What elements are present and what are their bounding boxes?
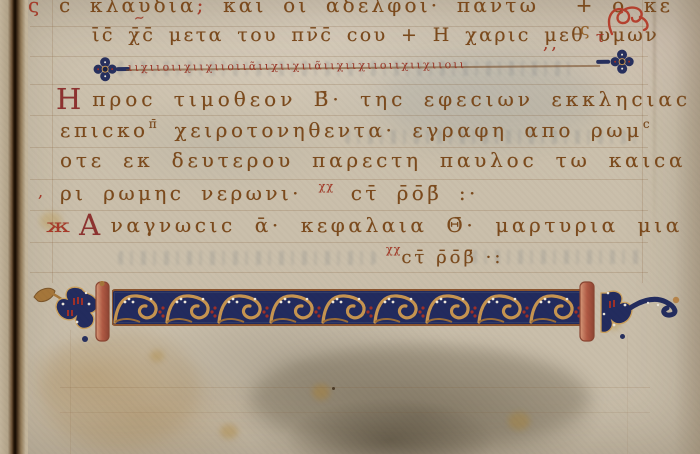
ruling-line bbox=[30, 242, 648, 243]
parchment-crease bbox=[653, 0, 656, 250]
text-segment: και οι αδελφοι· παντω bbox=[207, 0, 540, 17]
stain bbox=[508, 412, 530, 430]
ruling-line bbox=[627, 335, 628, 454]
text-line-epistle-ending-1: ς ϲ κλαυδια; και οι αδελφοι· παντω ··· +… bbox=[28, 0, 673, 15]
ruling-line bbox=[52, 0, 53, 283]
red-superscript: χχ bbox=[386, 243, 401, 256]
ruling-line bbox=[30, 272, 648, 273]
stain bbox=[40, 330, 200, 448]
superscript-abbreviation: ϲ bbox=[643, 117, 651, 131]
text-line-contents: жΑναγνωϲιϲ ᾱ· κεφαλαια Θ̄· μαρτυρια μια bbox=[50, 211, 683, 240]
quatrefoil-right-icon bbox=[596, 48, 636, 76]
ink-speck bbox=[332, 387, 335, 390]
ruling-line bbox=[70, 330, 71, 454]
page-edge-shadow bbox=[674, 0, 700, 454]
headpiece-band bbox=[112, 289, 585, 326]
text-segment: χειροτονηθεντα· εγραφη απο ρωμ bbox=[158, 118, 643, 142]
red-superscript: χχ bbox=[319, 180, 334, 193]
stain bbox=[220, 424, 238, 439]
text-segment: οτε εκ δευτερου παρεϲτη παυλοϲ τω καιϲα bbox=[60, 148, 686, 172]
red-star-mark: ж bbox=[46, 217, 74, 236]
binding-gutter bbox=[0, 0, 28, 454]
manuscript-page: ιιχιιοιιχιιχιιοιιᾶιιχιιχιιᾶιιχιιχιιοιιχι… bbox=[0, 0, 700, 454]
text-line-subscription-2: επιϲκοπ̄ χειροτονηθεντα· εγραφη απο ρωμϲ bbox=[60, 118, 651, 140]
red-dots: ··· bbox=[539, 0, 575, 5]
stain bbox=[250, 345, 590, 450]
ruling-line bbox=[30, 115, 648, 116]
text-segment: ρι ρωμηϲ νερωνι· bbox=[60, 181, 319, 205]
ruling-line bbox=[60, 387, 650, 388]
text-line-epistle-ending-2: ῑϲ̄ χ̄ϲ̄ μετα του πν̄ϲ̄ ϲου + Η χαριϲ με… bbox=[92, 26, 659, 45]
red-punctuation: ; bbox=[197, 0, 207, 17]
initial-alpha: Α bbox=[79, 208, 104, 242]
text-segment: ϲτ̄ ρ̄ο̄β̄ ·: bbox=[401, 247, 503, 268]
superscript-abbreviation: π̄ bbox=[149, 117, 158, 131]
margin-comma: , bbox=[38, 184, 43, 200]
ink-dot bbox=[620, 334, 625, 339]
text-line-subscription-4: ρι ρωμηϲ νερωνι· χχ ϲτ̄ ρ̄ο̄β̄ :· bbox=[60, 181, 479, 203]
ruling-line bbox=[60, 412, 650, 413]
initial-eta: Η bbox=[56, 82, 85, 116]
stain bbox=[150, 350, 164, 362]
quire-mark-icon bbox=[602, 2, 654, 44]
headpiece-left-finial-icon bbox=[30, 281, 114, 345]
flourish-mark: ς bbox=[580, 22, 590, 39]
red-comma-marks: ,, bbox=[543, 36, 560, 53]
text-segment: ϲτ̄ ρ̄ο̄β̄ :· bbox=[334, 181, 479, 205]
text-segment: ναγνωϲιϲ ᾱ· κεφαλαια Θ̄· μαρτυρια μια bbox=[111, 213, 683, 237]
bleedthrough-text bbox=[118, 251, 376, 265]
text-segment: επιϲκο bbox=[60, 118, 149, 142]
ruling-line bbox=[30, 179, 648, 180]
text-line-stichoi: χχϲτ̄ ρ̄ο̄β̄ ·: bbox=[386, 244, 503, 267]
text-line-subscription-3: οτε εκ δευτερου παρεϲτη παυλοϲ τω καιϲα bbox=[60, 150, 686, 170]
red-tilde-mark: ~ bbox=[133, 11, 146, 25]
text-segment: ϲ κλαυδια bbox=[59, 0, 197, 17]
line-start-mark: ς bbox=[28, 0, 42, 17]
ink-dot bbox=[82, 336, 88, 342]
text-line-subscription-title: Ηπροϲ τιμοθεον Β̄· τηϲ εφεϲιων εκκληϲιαϲ bbox=[56, 85, 691, 114]
text-segment: προϲ τιμοθεον Β̄· τηϲ εφεϲιων εκκληϲιαϲ bbox=[92, 87, 691, 111]
text-segment: ῑϲ̄ χ̄ϲ̄ μετα του πν̄ϲ̄ ϲου + Η χαριϲ με… bbox=[92, 24, 659, 46]
